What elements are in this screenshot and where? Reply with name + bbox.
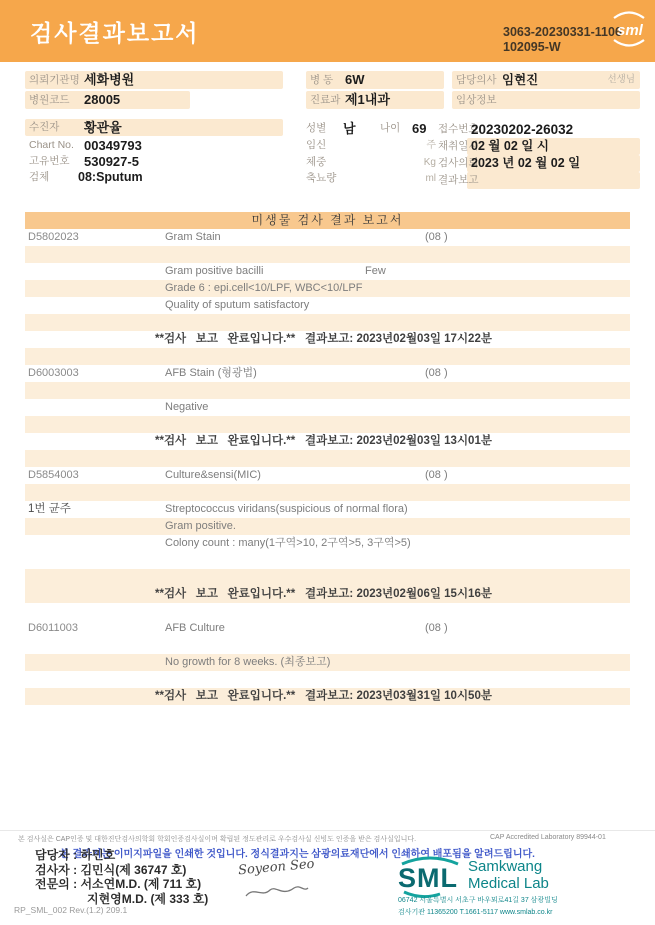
field-value: 28005 xyxy=(84,91,120,109)
field-ward: 병 동 6W xyxy=(306,71,444,89)
field-label: 의뢰기관명 xyxy=(29,71,80,89)
field-label: 임신 xyxy=(306,137,326,154)
field-dept: 진료과 제1내과 xyxy=(306,91,444,109)
sml-lab-logo-icon: SML xyxy=(396,854,466,898)
table-row: Grade 6 : epi.cell<10/LPF, WBC<10/LPF xyxy=(25,280,630,297)
staff-line: 지현영M.D. (제 333 호) xyxy=(35,892,208,907)
document-id: RP_SML_002 Rev.(1.2) 209.1 xyxy=(14,905,127,915)
table-row xyxy=(25,484,630,501)
page-title: 검사결과보고서 xyxy=(30,15,200,48)
field-label: 담당의사 xyxy=(456,71,497,89)
field-label: 검체 xyxy=(29,169,49,186)
table-title: 미생물 검사 결과 보고서 xyxy=(25,212,630,229)
table-row: D6011003AFB Culture(08 ) xyxy=(25,620,630,637)
field-sex-age: 성별 남 나이 69 xyxy=(306,120,444,137)
table-body: D5802023Gram Stain(08 )Gram positive bac… xyxy=(25,229,630,722)
field-pregnancy: 임신 주 xyxy=(306,137,444,154)
field-value: 황관율 xyxy=(84,119,122,136)
result-text: Quality of sputum satisfactory xyxy=(165,297,309,314)
field-highlight xyxy=(467,172,640,189)
field-suffix: 선생님 xyxy=(607,71,635,89)
staff-line: 담당자 : 하민호 xyxy=(35,848,208,863)
complete-note: **검사 보고 완료입니다.** xyxy=(155,433,295,450)
result-value: Few xyxy=(365,263,386,280)
field-label: 결과보고 xyxy=(438,172,479,189)
field-clinical-info: 임상정보 xyxy=(452,91,640,109)
report-datetime: 결과보고: 2023년03월31일 10시50분 xyxy=(305,688,492,705)
field-value: 02 월 02 일 시 xyxy=(471,138,549,155)
report-numbers: 3063-20230331-1106 102095-W xyxy=(503,25,622,55)
field-value: 임현진 xyxy=(502,71,538,89)
field-label: 성별 xyxy=(306,120,326,137)
field-unit: 주 xyxy=(426,137,436,154)
lab-address: 06742 서울특별시 서초구 바우뫼로41길 37 삼광빌딩 xyxy=(398,895,558,905)
table-row xyxy=(25,450,630,467)
field-value: 08:Sputum xyxy=(78,169,143,186)
field-requested: 검사의뢰 2023 년 02 월 02 일 xyxy=(438,155,640,172)
table-row: **검사 보고 완료입니다.**결과보고: 2023년03월31일 10시50분 xyxy=(25,688,630,705)
field-unit: ml xyxy=(425,170,436,187)
result-text: Gram positive bacilli xyxy=(165,263,263,280)
table-row: **검사 보고 완료입니다.**결과보고: 2023년02월06일 15시16분 xyxy=(25,586,630,603)
field-value: 530927-5 xyxy=(84,153,139,170)
field-label: 진료과 xyxy=(310,91,340,109)
field-value: 20230202-26032 xyxy=(471,121,573,138)
table-row: D5854003Culture&sensi(MIC)(08 ) xyxy=(25,467,630,484)
result-text: Colony count : many(1구역>10, 2구역>5, 3구역>5… xyxy=(165,535,411,552)
field-label: 나이 xyxy=(380,120,400,137)
table-row xyxy=(25,603,630,620)
report-datetime: 결과보고: 2023년02월03일 17시22분 xyxy=(305,331,492,348)
field-label: 축뇨량 xyxy=(306,170,336,187)
footer-divider xyxy=(0,830,655,831)
table-row: D6003003AFB Stain (형광법)(08 ) xyxy=(25,365,630,382)
specimen-ref: (08 ) xyxy=(425,365,448,382)
lab-name: Samkwang Medical Lab xyxy=(468,858,549,892)
field-value: 제1내과 xyxy=(345,91,390,109)
result-text: Negative xyxy=(165,399,208,416)
field-label: 고유번호 xyxy=(29,153,70,170)
table-row xyxy=(25,382,630,399)
staff-block: 담당자 : 하민호 검사자 : 김민식(제 36747 호) 전문의 : 서소연… xyxy=(35,848,208,906)
test-name: Gram Stain xyxy=(165,229,221,246)
result-text: Gram positive. xyxy=(165,518,236,535)
field-org: 의뢰기관명 세화병원 xyxy=(25,71,283,89)
cap-note: CAP Accredited Laboratory 89944-01 xyxy=(490,834,606,841)
report-number-1: 3063-20230331-1106 xyxy=(503,25,622,40)
table-row xyxy=(25,637,630,654)
report-datetime: 결과보고: 2023년02월06일 15시16분 xyxy=(305,586,492,603)
sml-lab-logo-text: SML xyxy=(398,863,458,893)
test-code: D5802023 xyxy=(28,229,79,246)
lab-contact: 검사기관 11365200 T.1661-5117 www.smlab.co.k… xyxy=(398,907,552,917)
report-header: 검사결과보고서 3063-20230331-1106 102095-W sml xyxy=(0,0,655,62)
test-code: D6011003 xyxy=(28,620,78,637)
field-label: 수진자 xyxy=(29,119,59,136)
table-row: Negative xyxy=(25,399,630,416)
field-label: 병원코드 xyxy=(29,91,70,109)
field-urine: 축뇨량 ml xyxy=(306,170,444,187)
table-row xyxy=(25,671,630,688)
field-value: 2023 년 02 월 02 일 xyxy=(471,155,580,172)
table-row: Colony count : many(1구역>10, 2구역>5, 3구역>5… xyxy=(25,535,630,552)
specimen-ref: (08 ) xyxy=(425,229,448,246)
field-label: 병 동 xyxy=(310,71,333,89)
report-datetime: 결과보고: 2023년02월03일 13시01분 xyxy=(305,433,492,450)
sml-swoosh-icon: sml xyxy=(606,2,652,58)
field-weight: 체중 Kg xyxy=(306,154,444,171)
result-table: 미생물 검사 결과 보고서 D5802023Gram Stain(08 )Gra… xyxy=(25,212,630,722)
field-hospital-code: 병원코드 28005 xyxy=(25,91,190,109)
test-code: D5854003 xyxy=(28,467,79,484)
test-name: Culture&sensi(MIC) xyxy=(165,467,261,484)
table-row xyxy=(25,569,630,586)
field-value: 00349793 xyxy=(84,137,142,154)
lab-name-line: Medical Lab xyxy=(468,875,549,892)
test-name: AFB Stain (형광법) xyxy=(165,365,257,382)
table-row: D5802023Gram Stain(08 ) xyxy=(25,229,630,246)
field-label: 임상정보 xyxy=(456,91,497,109)
specimen-ref: (08 ) xyxy=(425,620,448,637)
field-collected: 채취일시 02 월 02 일 시 xyxy=(438,138,640,155)
field-specimen: 검체 08:Sputum xyxy=(25,169,283,186)
field-reported: 결과보고 xyxy=(438,172,640,189)
field-patient: 수진자 황관율 xyxy=(25,119,283,136)
table-row: Quality of sputum satisfactory xyxy=(25,297,630,314)
specimen-ref: (08 ) xyxy=(425,467,448,484)
strain-label: 1번 균주 xyxy=(28,501,71,518)
complete-note: **검사 보고 완료입니다.** xyxy=(155,688,295,705)
field-value: 남 xyxy=(343,120,356,137)
table-row xyxy=(25,348,630,365)
test-code: D6003003 xyxy=(28,365,79,382)
table-row: 1번 균주Streptococcus viridans(suspicious o… xyxy=(25,501,630,518)
table-row: **검사 보고 완료입니다.**결과보고: 2023년02월03일 13시01분 xyxy=(25,433,630,450)
lab-report-page: 검사결과보고서 3063-20230331-1106 102095-W sml … xyxy=(0,0,655,925)
field-value: 69 xyxy=(412,120,426,137)
accreditation-note: 본 검사실은 CAP인증 및 대한진단검사의학회 학회인증검사실이며 확립된 정… xyxy=(18,834,416,844)
table-row xyxy=(25,416,630,433)
lab-name-line: Samkwang xyxy=(468,858,549,875)
field-unit: Kg xyxy=(424,154,436,171)
table-row xyxy=(25,246,630,263)
report-number-2: 102095-W xyxy=(503,40,622,55)
table-row: Gram positive bacilliFew xyxy=(25,263,630,280)
staff-line: 검사자 : 김민식(제 36747 호) xyxy=(35,863,208,878)
result-text: No growth for 8 weeks. (최종보고) xyxy=(165,654,330,671)
field-uid: 고유번호 530927-5 xyxy=(25,153,283,170)
table-row: Gram positive. xyxy=(25,518,630,535)
test-name: AFB Culture xyxy=(165,620,225,637)
signature-scribble-icon xyxy=(242,882,312,902)
table-row xyxy=(25,314,630,331)
field-doctor: 담당의사 임현진 선생님 xyxy=(452,71,640,89)
result-text: Grade 6 : epi.cell<10/LPF, WBC<10/LPF xyxy=(165,280,363,297)
field-label: Chart No. xyxy=(29,137,74,154)
table-row xyxy=(25,552,630,569)
field-receipt-no: 접수번호 20230202-26032 xyxy=(438,121,640,138)
field-label: 체중 xyxy=(306,154,326,171)
field-value: 세화병원 xyxy=(84,71,134,89)
complete-note: **검사 보고 완료입니다.** xyxy=(155,586,295,603)
table-row: **검사 보고 완료입니다.**결과보고: 2023년02월03일 17시22분 xyxy=(25,331,630,348)
staff-line: 전문의 : 서소연M.D. (제 711 호) xyxy=(35,877,208,892)
field-chart-no: Chart No. 00349793 xyxy=(25,137,283,154)
result-text: Streptococcus viridans(suspicious of nor… xyxy=(165,501,408,518)
field-value: 6W xyxy=(345,71,365,89)
sml-logo-text: sml xyxy=(617,22,644,39)
table-row xyxy=(25,705,630,722)
table-row: No growth for 8 weeks. (최종보고) xyxy=(25,654,630,671)
complete-note: **검사 보고 완료입니다.** xyxy=(155,331,295,348)
